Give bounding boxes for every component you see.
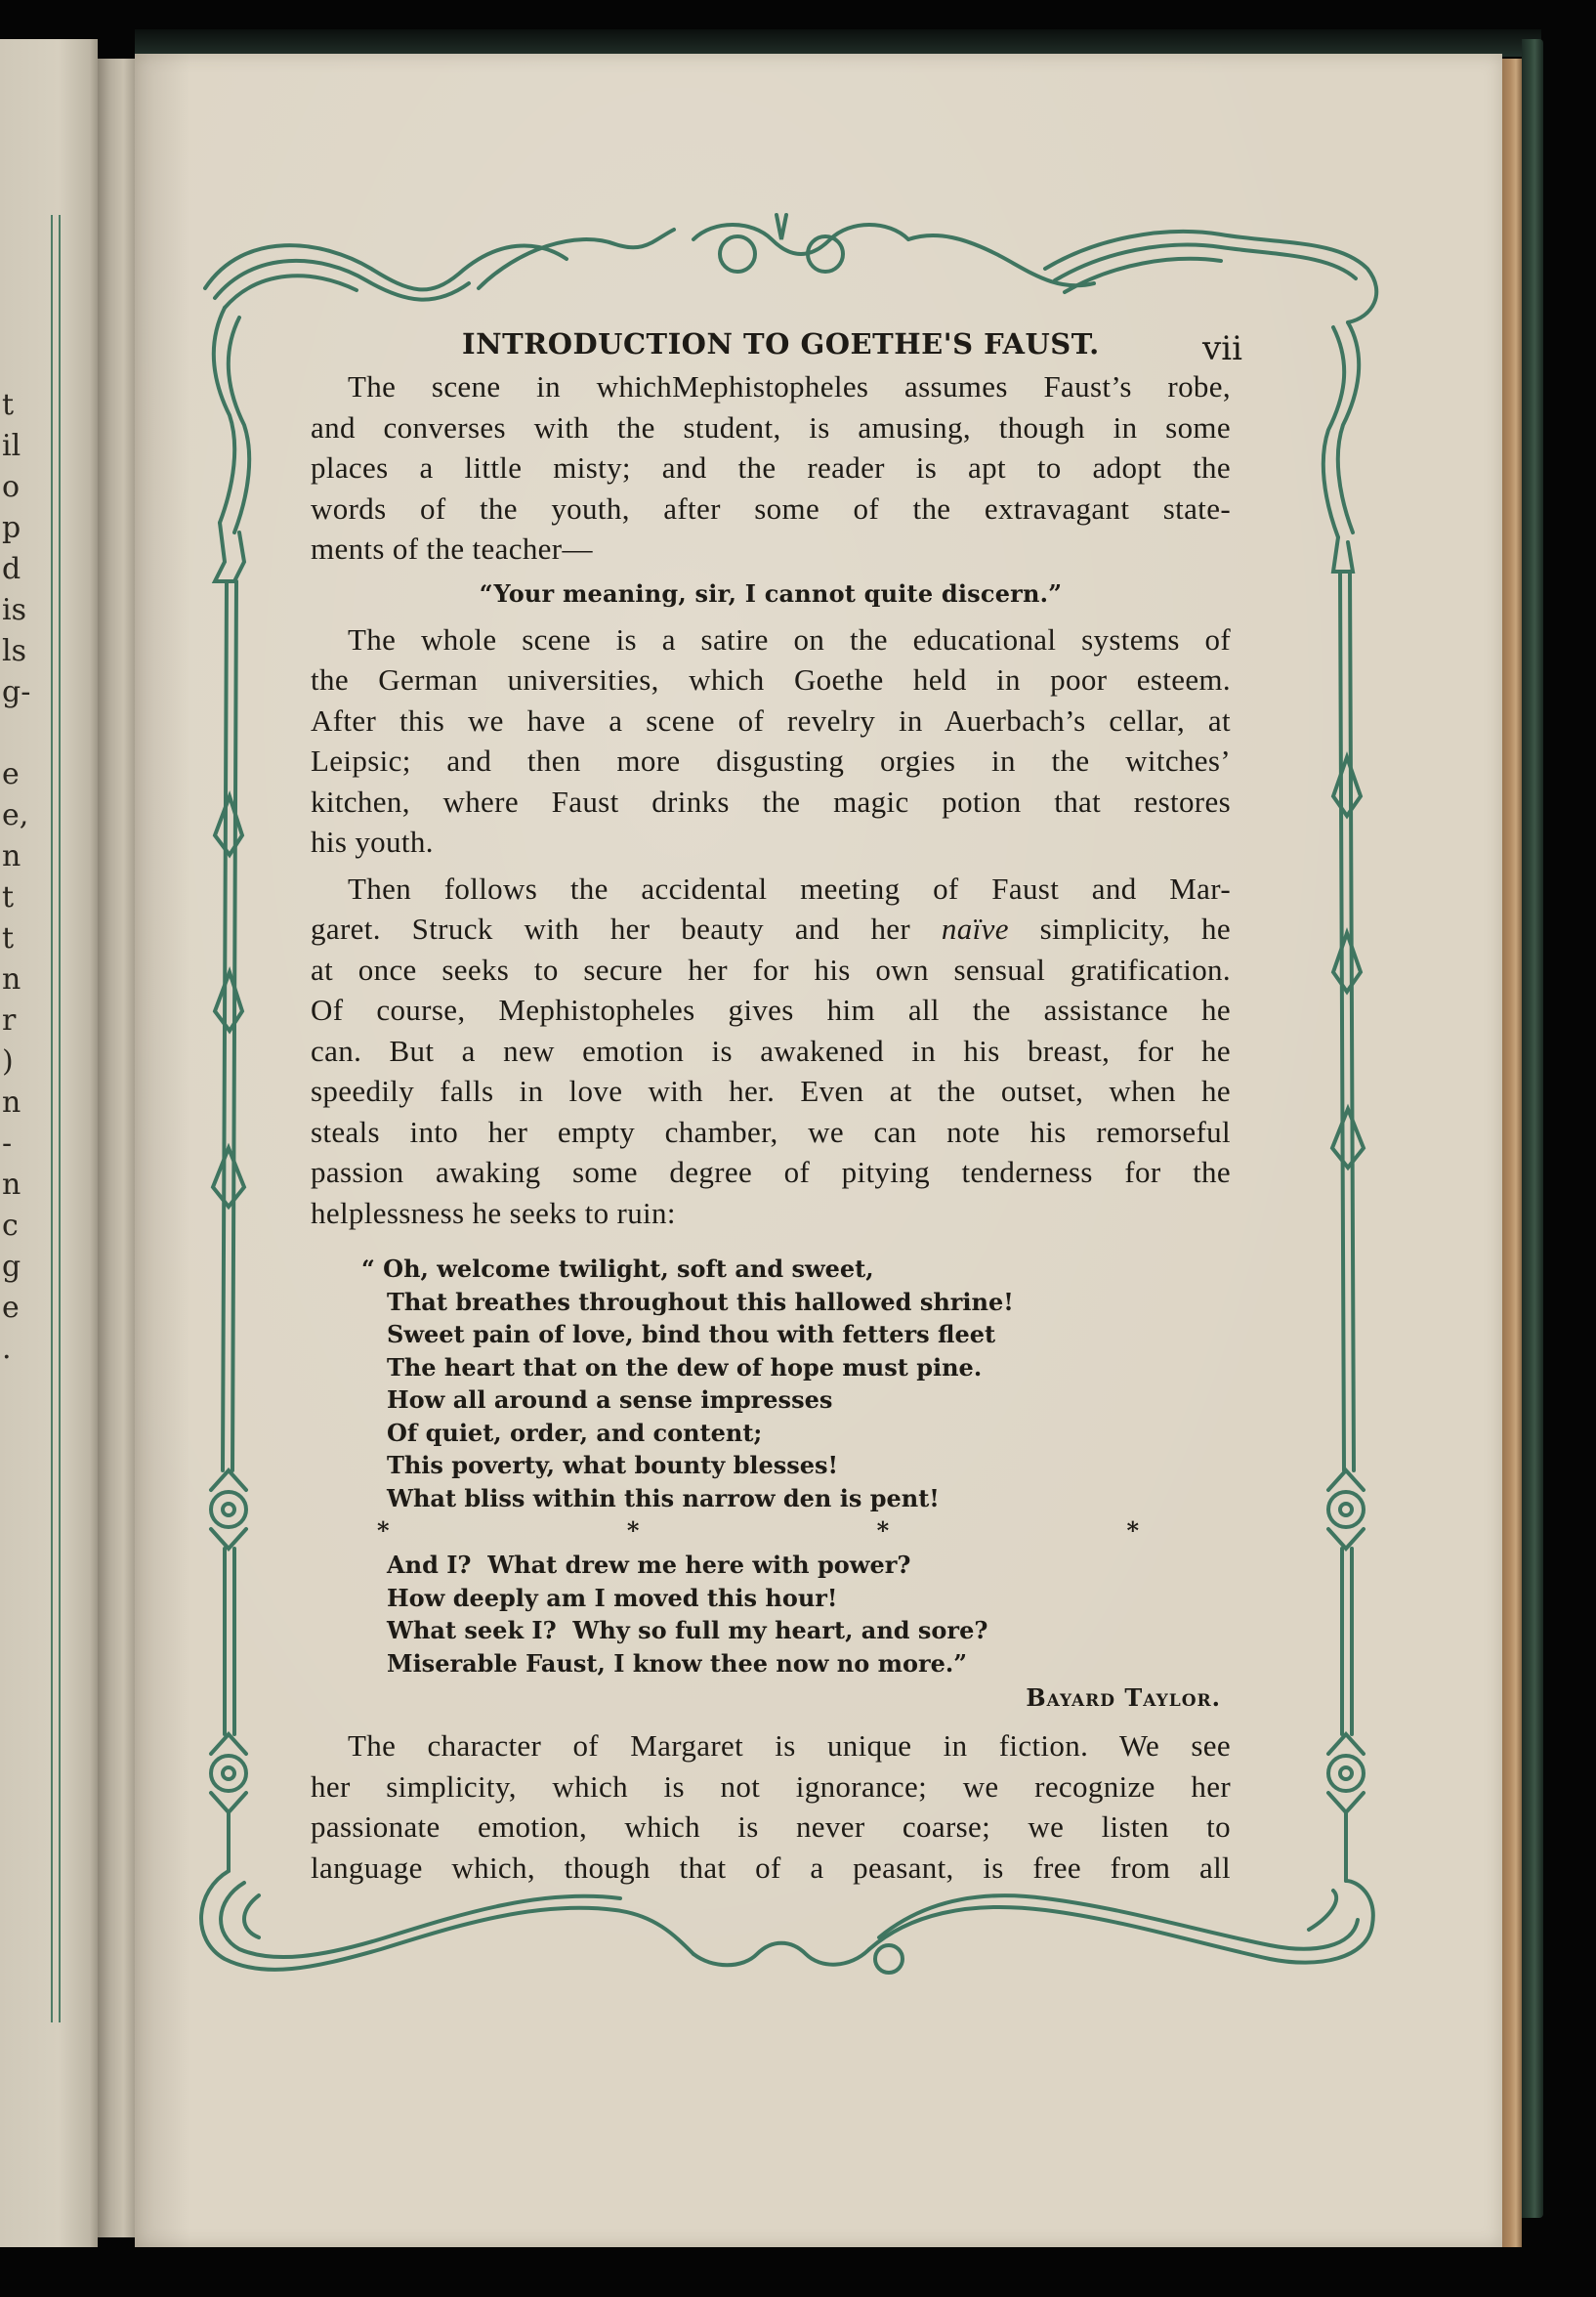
paragraph-line: The whole scene is a satire on the educa…	[311, 619, 1231, 660]
left-page-fragment: t	[2, 924, 14, 954]
paragraph-line: The character of Margaret is unique in f…	[311, 1725, 1231, 1766]
right-side-column-ornament	[1323, 322, 1364, 1881]
top-scroll-ornament	[205, 215, 1376, 322]
left-page-fragment: n	[2, 1088, 21, 1118]
flower-ornament-left-1	[211, 1470, 246, 1549]
page-edges	[1502, 59, 1522, 2247]
book-cover-edge	[1522, 39, 1543, 2218]
paragraph-line: her simplicity, which is not ignorance; …	[311, 1766, 1231, 1808]
book-cover-top-edge	[135, 29, 1541, 57]
verse-attribution: Bayard Taylor.	[311, 1683, 1221, 1712]
paragraph-line: can. But a new emotion is awakened in hi…	[311, 1031, 1231, 1072]
paragraph-line: After this we have a scene of revelry in…	[311, 701, 1231, 742]
paragraph-line-with-italic: garet. Struck with her beauty and her na…	[311, 909, 1231, 950]
verse-line: This poverty, what bounty blesses!	[387, 1449, 1231, 1482]
left-page-fragment: c	[2, 1212, 19, 1241]
verse-line: “ Oh, welcome twilight, soft and sweet,	[361, 1253, 1231, 1286]
block-quote: “Your meaning, sir, I cannot quite disce…	[311, 579, 1231, 608]
paragraph-4: The character of Margaret is unique in f…	[311, 1725, 1231, 1888]
paragraph-line: language which, though that of a peasant…	[311, 1848, 1231, 1889]
left-page-border-ornament	[51, 215, 61, 2022]
paragraph-line: words of the youth, after some of the ex…	[311, 489, 1231, 530]
flower-ornament-right-1	[1328, 1470, 1364, 1549]
left-page-fragment: g-	[2, 678, 30, 707]
verse-line: That breathes throughout this hallowed s…	[387, 1286, 1231, 1319]
flower-ornament-left-2	[211, 1734, 246, 1812]
page-text-block: INTRODUCTION TO GOETHE'S FAUST. vii The …	[311, 318, 1231, 1888]
asterisk: *	[627, 1516, 640, 1545]
running-head: INTRODUCTION TO GOETHE'S FAUST. vii	[311, 318, 1231, 366]
verse-line: What seek I? Why so full my heart, and s…	[387, 1614, 1231, 1647]
left-page-fragment: il	[2, 432, 21, 461]
paragraph-line: his youth.	[311, 822, 1231, 863]
verse-line: And I? What drew me here with power?	[387, 1549, 1231, 1582]
left-page-fragment: t	[2, 391, 14, 420]
paragraph-line: the German universities, which Goethe he…	[311, 659, 1231, 701]
verse-line: Miserable Faust, I know thee now no more…	[387, 1647, 1231, 1680]
left-page-fragment: e	[2, 1294, 20, 1323]
verse-line: What bliss within this narrow den is pen…	[387, 1482, 1231, 1515]
left-page-fragment: ls	[2, 637, 26, 666]
left-page-fragment: e	[2, 760, 20, 789]
flower-ornament-right-2	[1328, 1734, 1364, 1812]
verse-quotation-continued: And I? What drew me here with power? How…	[311, 1549, 1231, 1680]
left-page-fragment: o	[2, 473, 20, 502]
paragraph-line: Of course, Mephistopheles gives him all …	[311, 990, 1231, 1031]
verse-line: The heart that on the dew of hope must p…	[387, 1351, 1231, 1384]
left-page-fragment: g	[2, 1253, 21, 1282]
paragraph-line: places a little misty; and the reader is…	[311, 447, 1231, 489]
italic-word: naïve	[942, 912, 1009, 946]
left-page-fragment: n	[2, 965, 21, 995]
verse-separator-asterisks: * * * *	[311, 1516, 1139, 1545]
asterisk: *	[877, 1516, 890, 1545]
verse-line: How all around a sense impresses	[387, 1383, 1231, 1417]
left-page-fragment: n	[2, 1170, 21, 1200]
paragraph-line: Leipsic; and then more disgusting orgies…	[311, 741, 1231, 782]
paragraph-line: helplessness he seeks to ruin:	[311, 1193, 1231, 1234]
paragraph-2: The whole scene is a satire on the educa…	[311, 619, 1231, 863]
line-head: garet. Struck with her beauty and her	[311, 912, 942, 946]
left-page-fragment: n	[2, 842, 21, 872]
left-page-fragment: is	[2, 596, 26, 625]
left-page-sliver: t il o p d is ls g- e e, n t t n r ) n -…	[0, 39, 98, 2247]
left-page-fragment: p	[2, 514, 21, 543]
left-page-fragment: e,	[2, 801, 28, 830]
paragraph-1: The scene in whichMephistopheles assumes…	[311, 366, 1231, 570]
paragraph-line: at once seeks to secure her for his own …	[311, 950, 1231, 991]
verse-line: Of quiet, order, and content;	[387, 1417, 1231, 1450]
book-gutter	[98, 59, 135, 2237]
asterisk: *	[377, 1516, 390, 1545]
left-page-fragment: -	[2, 1129, 12, 1159]
left-page-fragment: .	[2, 1335, 12, 1364]
left-side-column-ornament	[211, 308, 249, 1871]
left-page-fragment: r	[2, 1006, 16, 1036]
paragraph-line: speedily falls in love with her. Even at…	[311, 1071, 1231, 1112]
running-head-title: INTRODUCTION TO GOETHE'S FAUST.	[462, 327, 1100, 361]
paragraph-line: kitchen, where Faust drinks the magic po…	[311, 782, 1231, 823]
left-page-fragment: )	[2, 1047, 14, 1077]
asterisk: *	[1126, 1516, 1139, 1545]
verse-line: How deeply am I moved this hour!	[387, 1582, 1231, 1615]
paragraph-line: and converses with the student, is amusi…	[311, 407, 1231, 448]
paragraph-line: ments of the teacher—	[311, 529, 1231, 570]
verse-line: Sweet pain of love, bind thou with fette…	[387, 1318, 1231, 1351]
paragraph-3: Then follows the accidental meeting of F…	[311, 869, 1231, 1234]
paragraph-line: The scene in whichMephistopheles assumes…	[311, 366, 1231, 407]
left-page-fragment: d	[2, 555, 21, 584]
line-tail: simplicity, he	[1009, 912, 1231, 946]
verse-quotation: “ Oh, welcome twilight, soft and sweet, …	[311, 1253, 1231, 1514]
paragraph-line: steals into her empty chamber, we can no…	[311, 1112, 1231, 1153]
page-number: vii	[1202, 329, 1242, 368]
paragraph-line: passion awaking some degree of pitying t…	[311, 1152, 1231, 1193]
paragraph-line: Then follows the accidental meeting of F…	[311, 869, 1231, 910]
paragraph-line: passionate emotion, which is never coars…	[311, 1807, 1231, 1848]
left-page-fragment: t	[2, 883, 14, 913]
